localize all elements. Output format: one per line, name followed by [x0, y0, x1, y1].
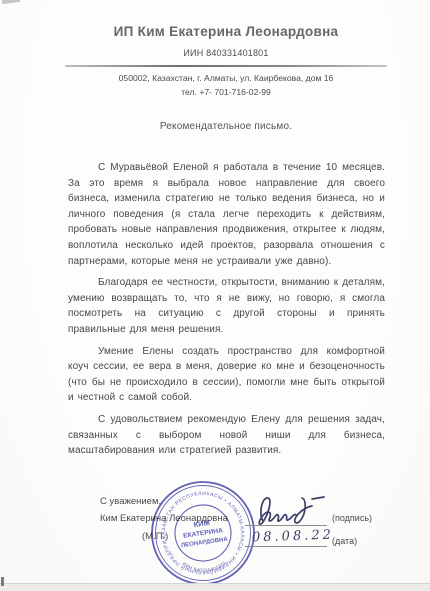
- handwritten-date: 08.08.22: [252, 528, 334, 546]
- org-name: ИП Ким Екатерина Леонардовна: [55, 24, 397, 39]
- letter-body: С Муравьёвой Еленой я работала в течение…: [68, 160, 385, 465]
- stamp-center-line3: ЛЕОНАРДОВНА: [181, 537, 229, 550]
- paragraph: С удовольствием рекомендую Елену для реш…: [68, 412, 385, 459]
- handwritten-signature: [250, 492, 338, 528]
- date-line: [245, 527, 327, 547]
- paragraph: Умение Елены создать пространство для ко…: [68, 344, 385, 406]
- stamp-center-line2: ЕКАТЕРИНА: [183, 527, 224, 540]
- regards-text: С уважением,: [100, 496, 161, 507]
- svg-text:ИИН 840331401801: ИИН 840331401801: [181, 555, 228, 576]
- org-address: 050002, Казахстан, г. Алматы, ул. Каирбе…: [55, 73, 397, 83]
- paragraph: Благодаря ее честности, открытости, вним…: [68, 275, 385, 337]
- stamp-ring-text: ҚАЗАҚСТАН РЕСПУБЛИКАСЫ • АЛМАТЫ ҚАЛАСЫ •…: [156, 486, 251, 581]
- letterhead-divider: [65, 65, 387, 67]
- org-phone: тел. +7- 701-716-02-99: [55, 87, 397, 97]
- letter-page: ИП Ким Екатерина Леонардовна ИИН 8403314…: [0, 0, 430, 591]
- paragraph: С Муравьёвой Еленой я работала в течение…: [68, 160, 385, 269]
- date-label: (дата): [332, 536, 357, 546]
- letterhead: ИП Ким Екатерина Леонардовна ИИН 8403314…: [55, 24, 397, 97]
- stamp-center-line1: КИМ: [193, 518, 210, 529]
- signature-line: [245, 503, 327, 526]
- signer-name: Ким Екатерина Леонардовна: [100, 513, 228, 524]
- org-iin: ИИН 840331401801: [55, 48, 397, 58]
- stamp-iin-text: ИИН 840331401801: [181, 555, 228, 576]
- round-stamp-seal: ҚАЗАҚСТАН РЕСПУБЛИКАСЫ • АЛМАТЫ ҚАЛАСЫ •…: [147, 477, 259, 589]
- scan-artifact-top-left: [2, 0, 20, 4]
- scan-edge-strip: [0, 583, 430, 591]
- signature-label: (подпись): [332, 513, 372, 523]
- seal-placeholder: (М.П.): [142, 531, 168, 542]
- scan-artifact-bottom-left: [1, 577, 4, 586]
- svg-text:ҚАЗАҚСТАН РЕСПУБЛИКАСЫ • АЛМАТ: ҚАЗАҚСТАН РЕСПУБЛИКАСЫ • АЛМАТЫ ҚАЛАСЫ •…: [156, 486, 251, 581]
- letter-title: Рекомендательное письмо.: [55, 121, 397, 132]
